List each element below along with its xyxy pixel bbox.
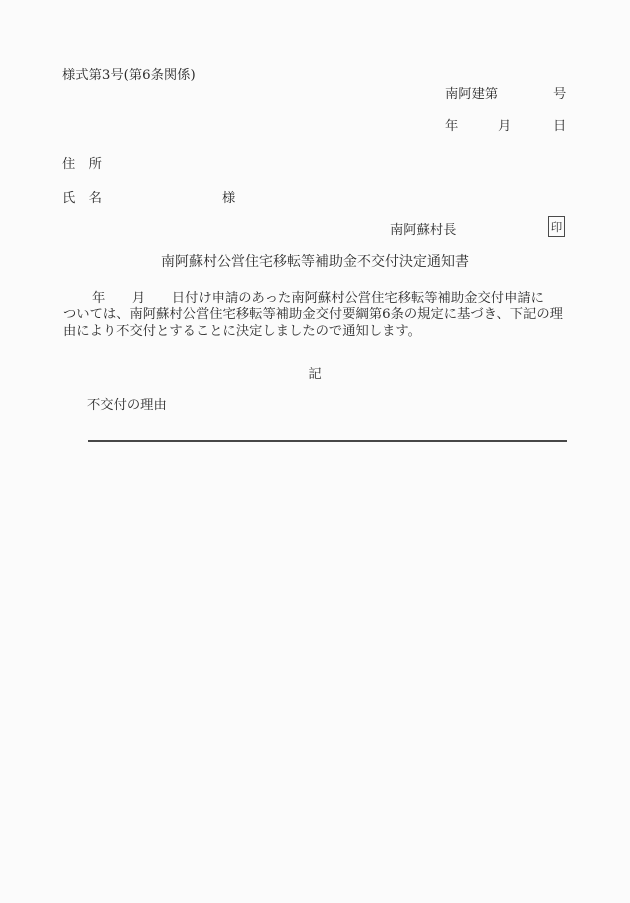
doc-number-suffix: 号 — [553, 83, 566, 102]
date-month-label: 月 — [498, 115, 511, 134]
document-title: 南阿蘇村公営住宅移転等補助金不交付決定通知書 — [0, 251, 630, 271]
recipient-honorific: 様 — [222, 187, 235, 206]
seal-placeholder-box: 印 — [548, 216, 565, 237]
doc-number-prefix: 南阿建第 — [445, 83, 498, 102]
reason-fill-in-line — [88, 440, 567, 442]
recipient-address-label: 住 所 — [62, 153, 102, 172]
form-number: 様式第3号(第6条関係) — [62, 64, 196, 83]
recipient-name-label: 氏 名 — [62, 187, 102, 206]
reason-label: 不交付の理由 — [87, 394, 167, 413]
sender-title: 南阿蘇村長 — [390, 219, 456, 238]
body-line: 由により不交付とすることに決定しましたので通知します。 — [63, 324, 570, 340]
date-year-label: 年 — [445, 115, 458, 134]
seal-character: 印 — [551, 219, 563, 235]
document-page: 様式第3号(第6条関係) 南阿建第 号 年 月 日 住 所 氏 名 様 南阿蘇村… — [0, 0, 630, 903]
body-paragraph: 年 月 日付け申請のあった南阿蘇村公営住宅移転等補助金交付申請に ついては、南阿… — [63, 291, 570, 340]
date-day-label: 日 — [553, 115, 566, 134]
body-line: ついては、南阿蘇村公営住宅移転等補助金交付要綱第6条の規定に基づき、下記の理 — [63, 307, 570, 323]
body-line: 年 月 日付け申請のあった南阿蘇村公営住宅移転等補助金交付申請に — [63, 291, 570, 307]
record-marker: 記 — [0, 363, 630, 382]
